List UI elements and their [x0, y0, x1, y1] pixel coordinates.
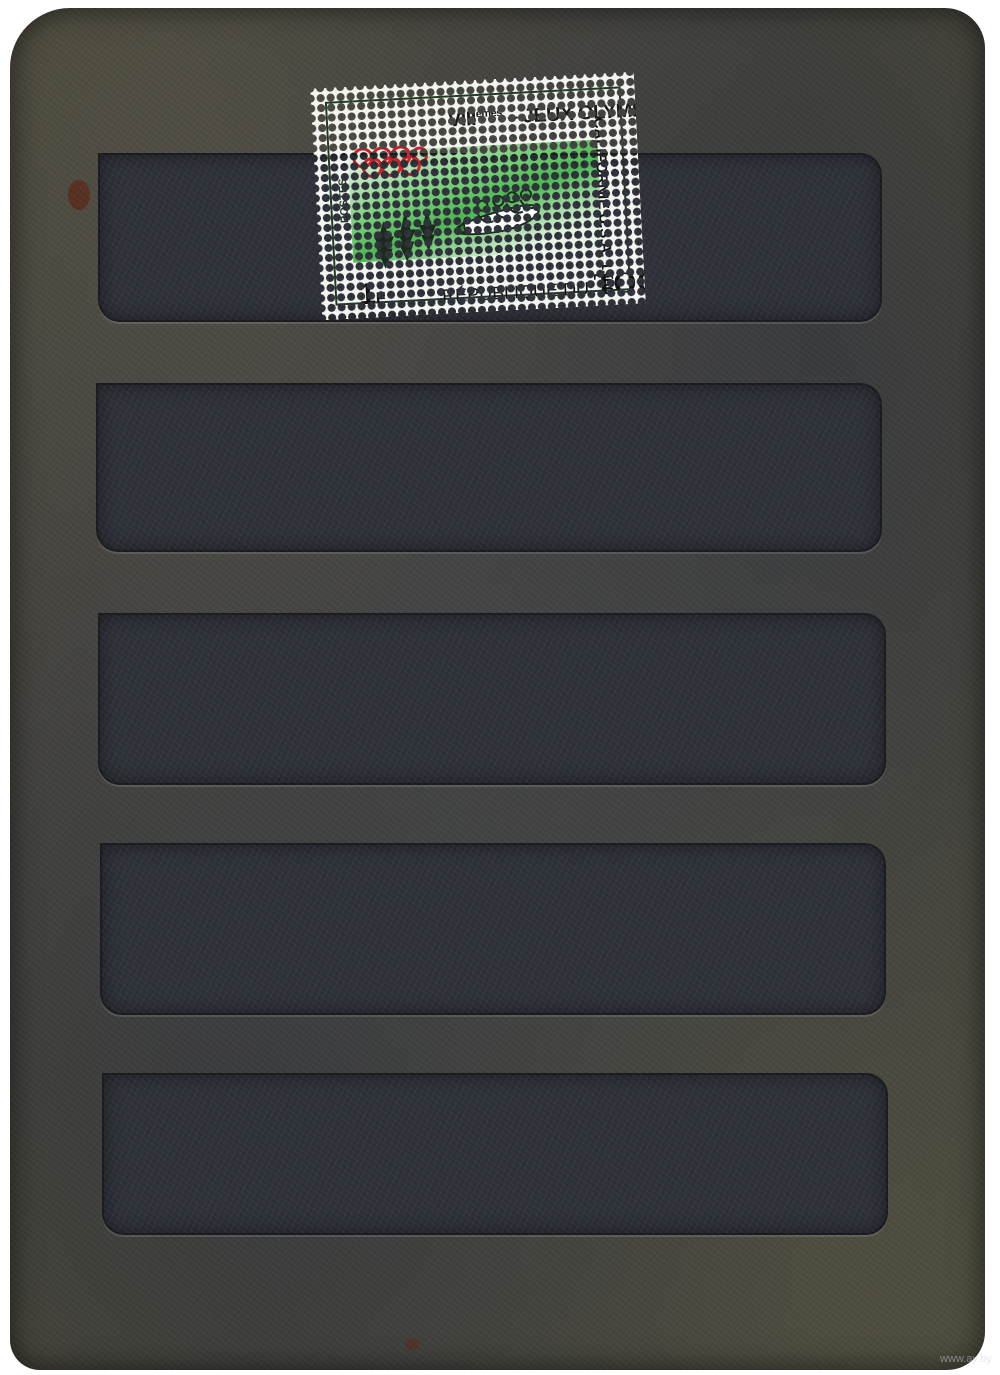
stock-pocket-2[interactable] — [96, 383, 882, 552]
olympic-rings-icon — [351, 143, 429, 181]
postage-stamp[interactable]: VIIIèmes – JEUX OLYMPIQUES POSTES CALIFO… — [310, 72, 646, 321]
stock-pocket-5[interactable] — [102, 1073, 888, 1235]
stock-pocket-3[interactable] — [98, 613, 886, 785]
stamp-face-value: 1F — [358, 277, 386, 312]
site-watermark: www.ay.by — [940, 1353, 992, 1365]
stamp-frame: VIIIèmes – JEUX OLYMPIQUES POSTES CALIFO… — [325, 86, 631, 305]
rust-stain — [405, 1338, 419, 1350]
bobsleigh-icon — [452, 189, 544, 238]
stamp-service-label: POSTES — [337, 178, 351, 223]
pine-trees-icon — [373, 206, 446, 270]
rust-stain — [68, 180, 90, 210]
stock-pocket-4[interactable] — [100, 843, 886, 1015]
